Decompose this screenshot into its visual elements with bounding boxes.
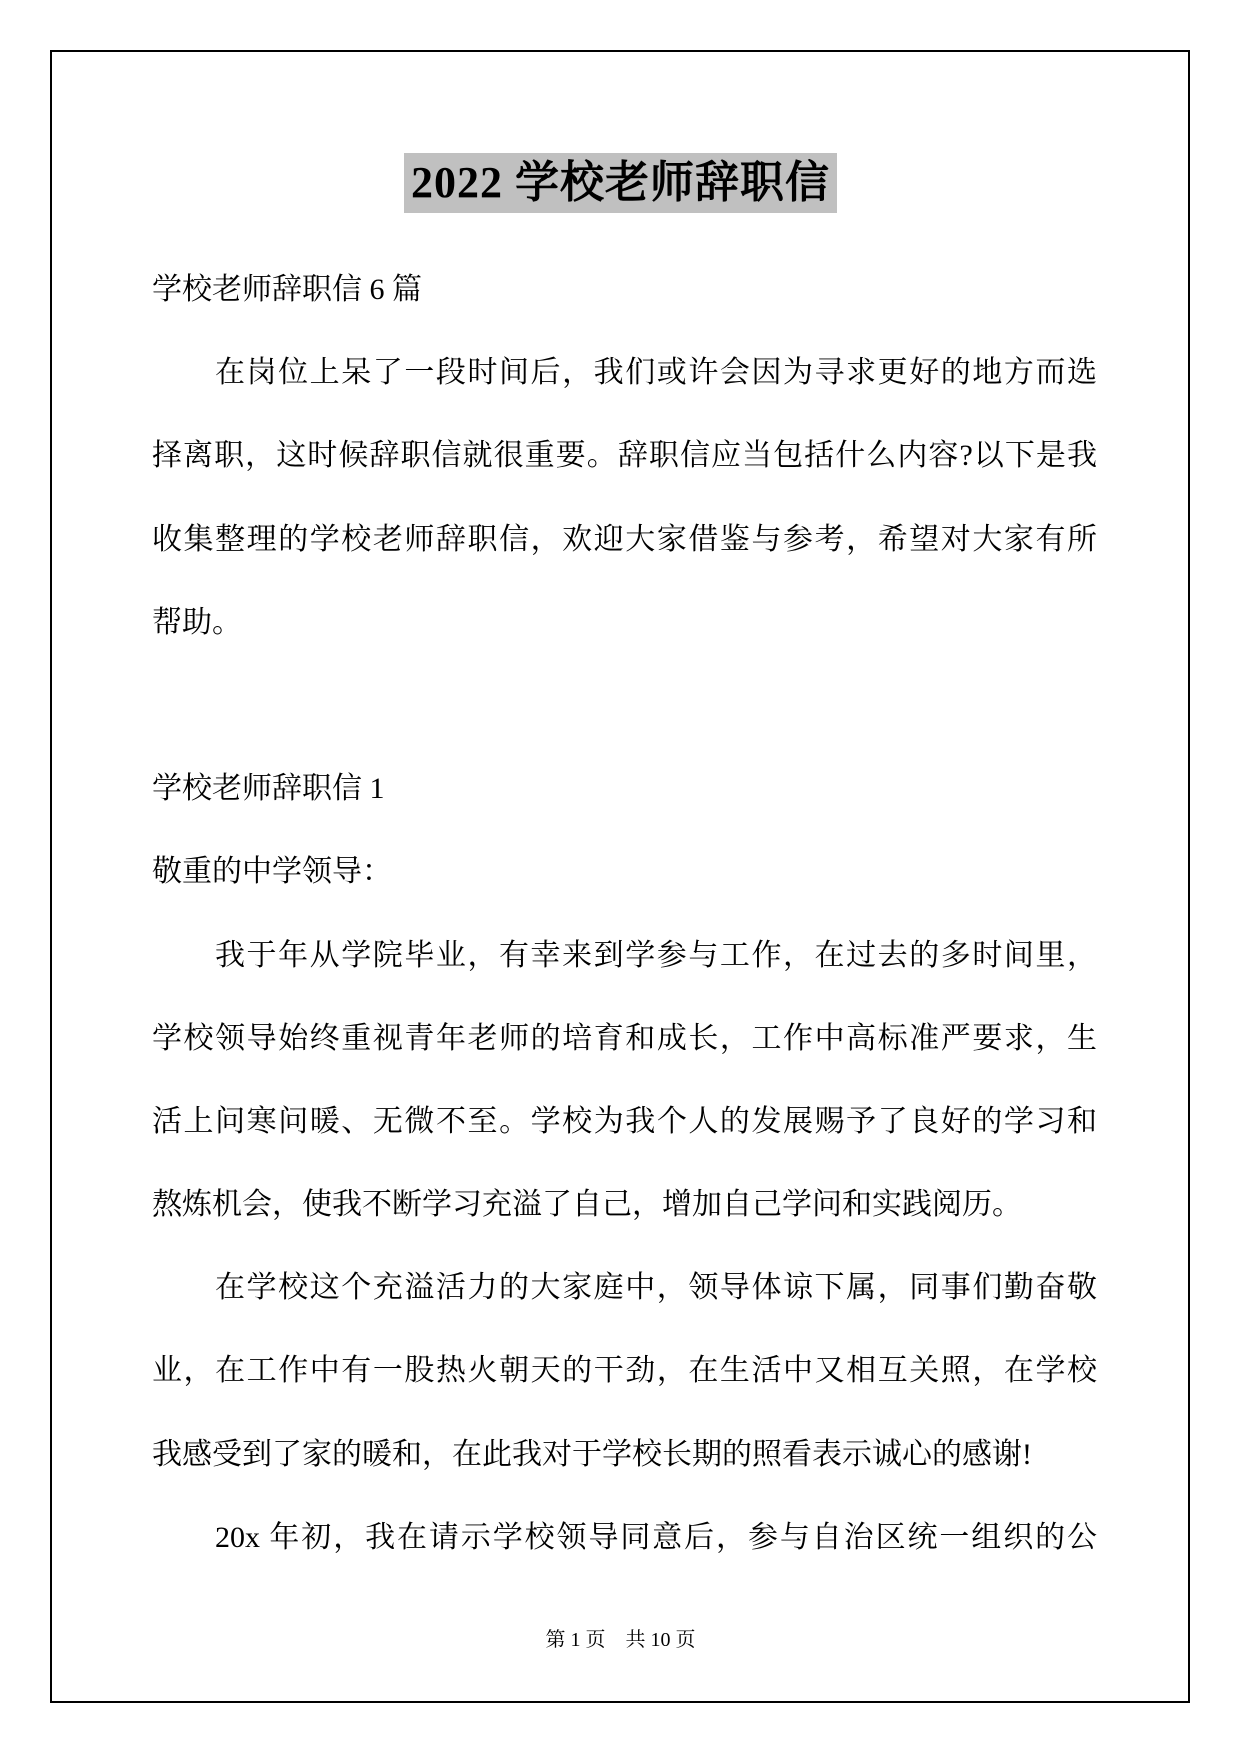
- document-page: 2022 学校老师辞职信 学校老师辞职信 6 篇在岗位上呆了一段时间后，我们或许…: [0, 0, 1241, 1754]
- blank-line: [152, 664, 1097, 747]
- text-line: 择离职，这时候辞职信就很重要。辞职信应当包括什么内容?以下是我: [152, 414, 1097, 497]
- text-line: 学校老师辞职信 6 篇: [152, 248, 1097, 331]
- text-line: 我感受到了家的暖和，在此我对于学校长期的照看表示诚心的感谢!: [152, 1413, 1097, 1496]
- text-line: 帮助。: [152, 581, 1097, 664]
- text-line: 在学校这个充溢活力的大家庭中，领导体谅下属，同事们勤奋敬: [152, 1246, 1097, 1329]
- text-line: 活上问寒问暖、无微不至。学校为我个人的发展赐予了良好的学习和: [152, 1080, 1097, 1163]
- text-line: 业，在工作中有一股热火朝天的干劲，在生活中又相互关照，在学校: [152, 1329, 1097, 1412]
- text-line: 收集整理的学校老师辞职信，欢迎大家借鉴与参考，希望对大家有所: [152, 498, 1097, 581]
- title-row: 2022 学校老师辞职信: [0, 153, 1241, 213]
- text-line: 我于年从学院毕业，有幸来到学参与工作，在过去的多时间里，: [152, 914, 1097, 997]
- text-line: 熬炼机会，使我不断学习充溢了自己，增加自己学问和实践阅历。: [152, 1163, 1097, 1246]
- page-number-text: 第 1 页 共 10 页: [546, 1629, 696, 1651]
- text-line: 学校领导始终重视青年老师的培育和成长，工作中高标准严要求，生: [152, 997, 1097, 1080]
- text-line: 学校老师辞职信 1: [152, 747, 1097, 830]
- document-title: 2022 学校老师辞职信: [404, 153, 837, 213]
- document-body: 学校老师辞职信 6 篇在岗位上呆了一段时间后，我们或许会因为寻求更好的地方而选择…: [152, 248, 1097, 1579]
- page-footer: 第 1 页 共 10 页: [0, 1628, 1241, 1652]
- text-line: 敬重的中学领导：: [152, 830, 1097, 913]
- text-line: 在岗位上呆了一段时间后，我们或许会因为寻求更好的地方而选: [152, 331, 1097, 414]
- text-line: 20x 年初，我在请示学校领导同意后，参与自治区统一组织的公: [152, 1496, 1097, 1579]
